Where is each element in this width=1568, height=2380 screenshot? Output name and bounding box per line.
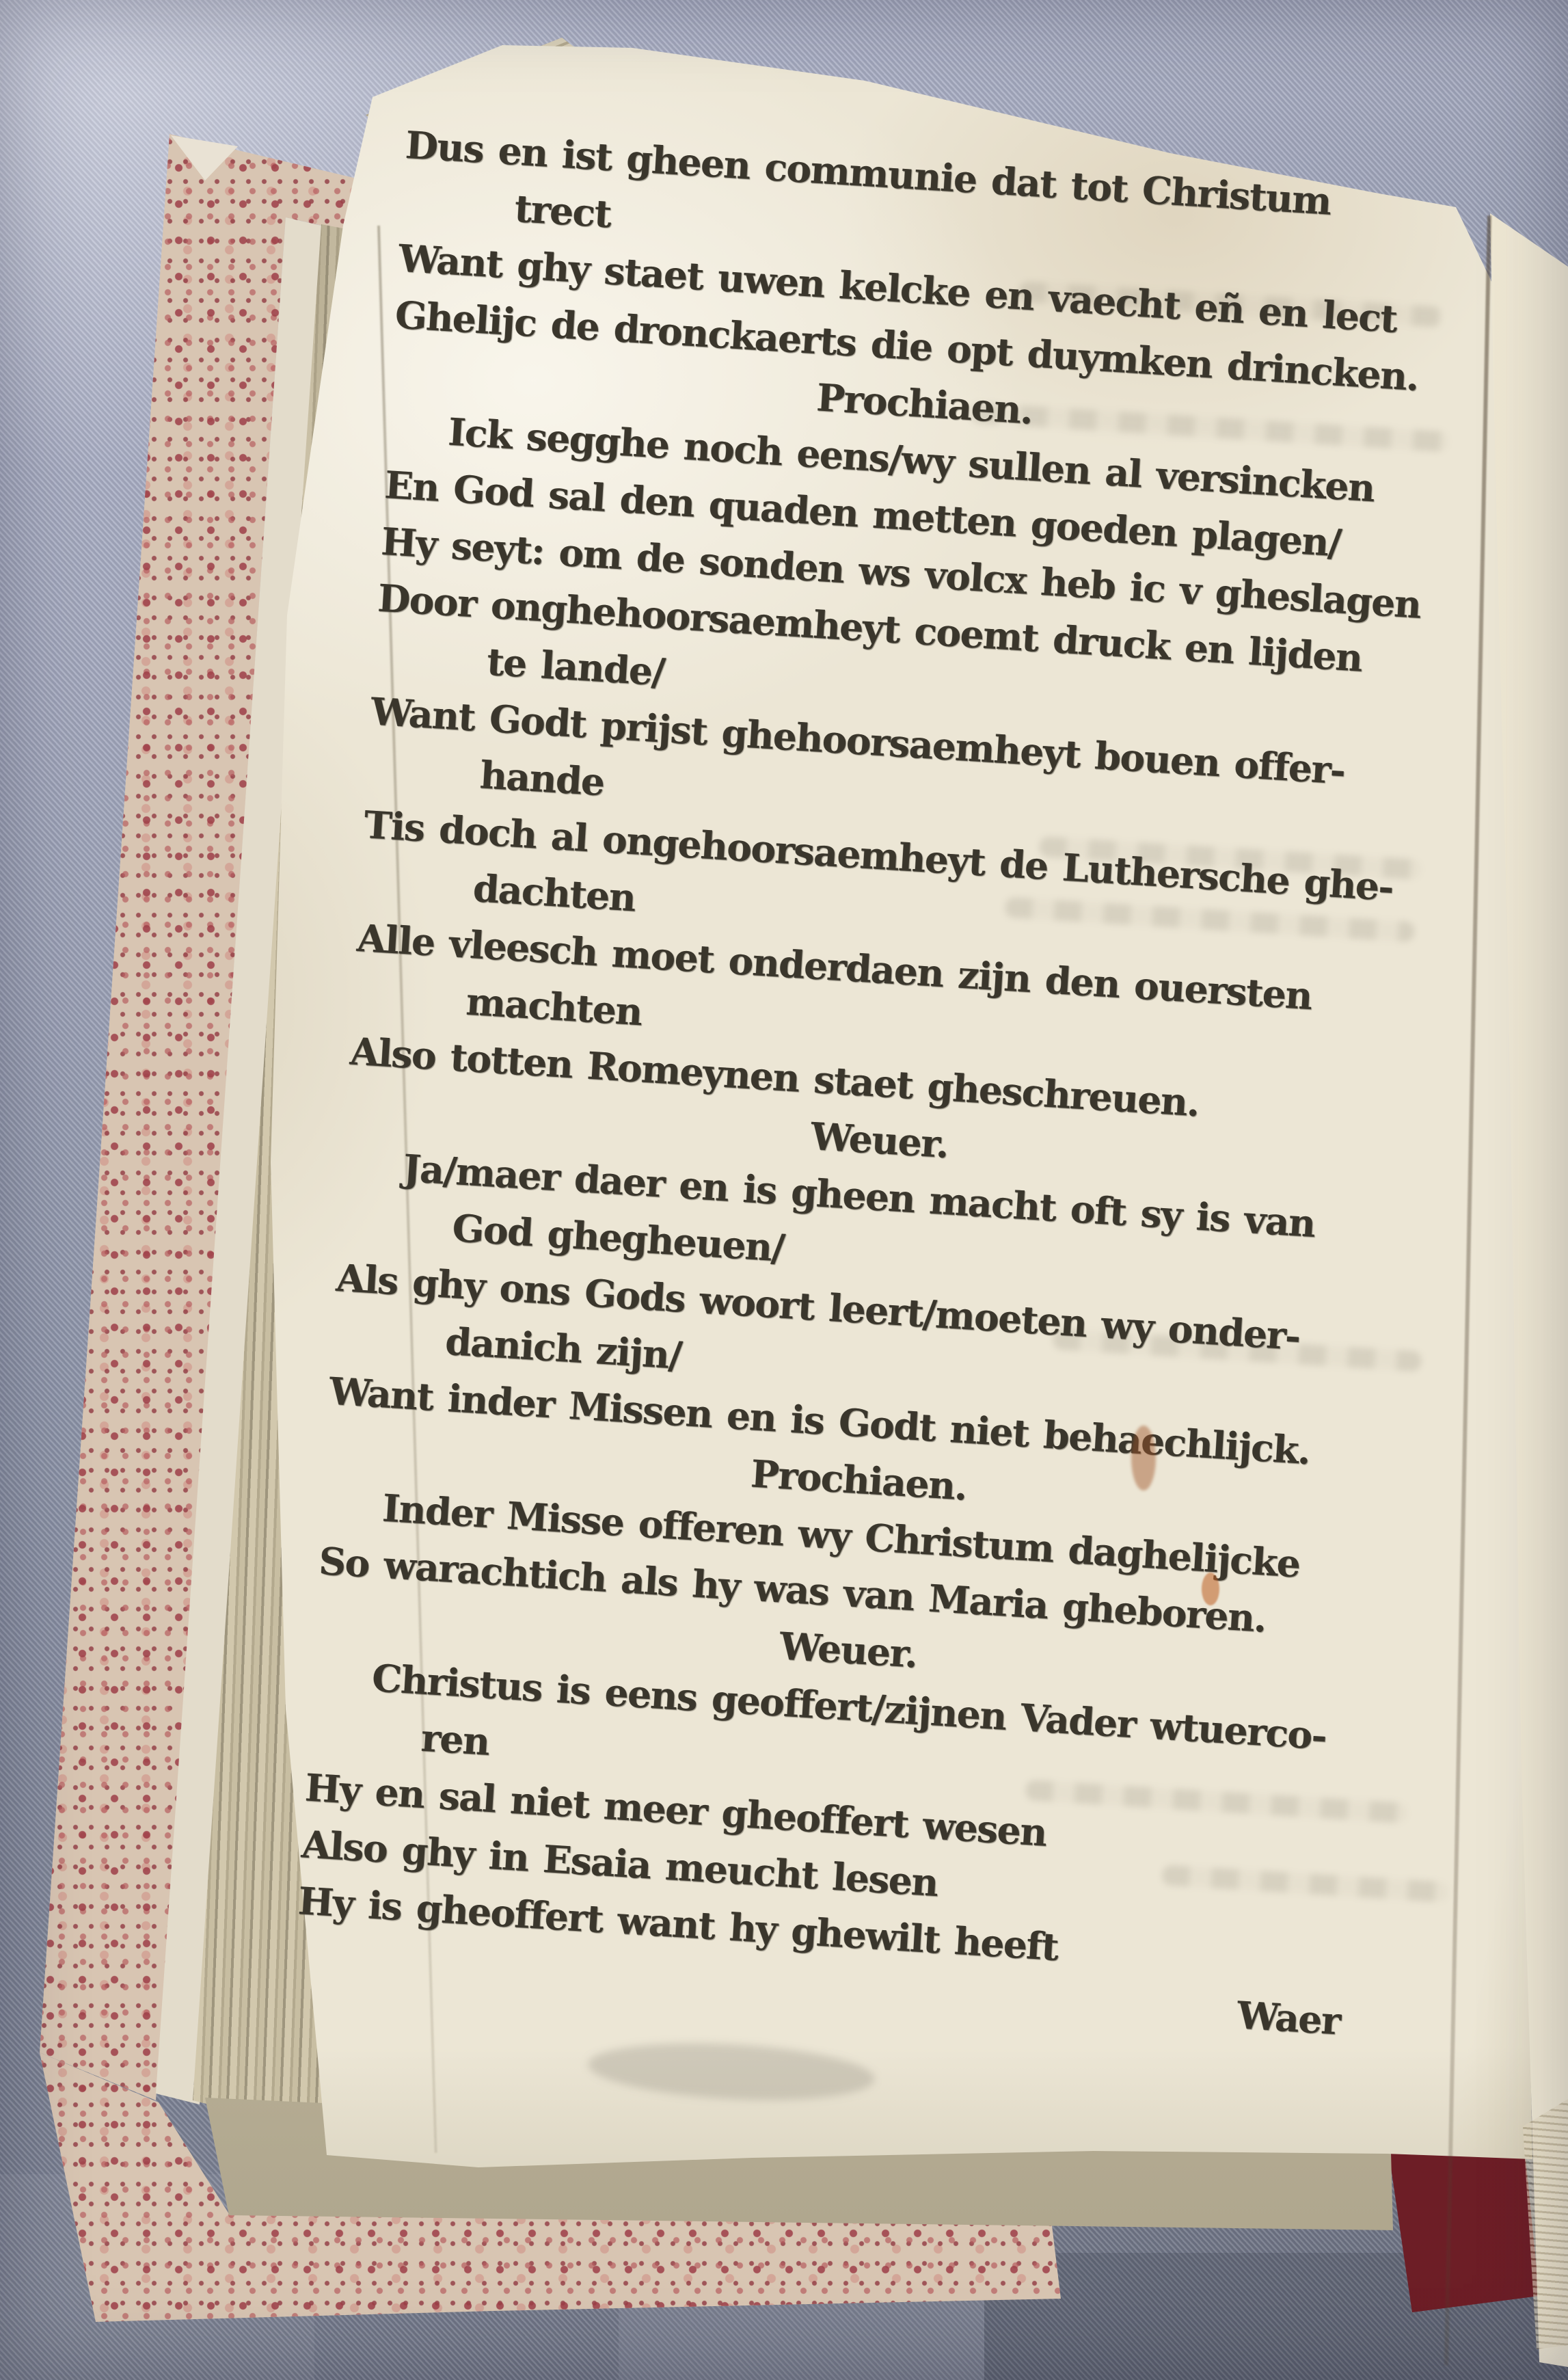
book-photo: Dus en ist gheen communie dat tot Christ…: [0, 0, 1568, 2380]
rust-stain: [1131, 1426, 1156, 1490]
page-text: Dus en ist gheen communie dat tot Christ…: [293, 116, 1473, 2050]
rust-stain: [1202, 1573, 1219, 1605]
